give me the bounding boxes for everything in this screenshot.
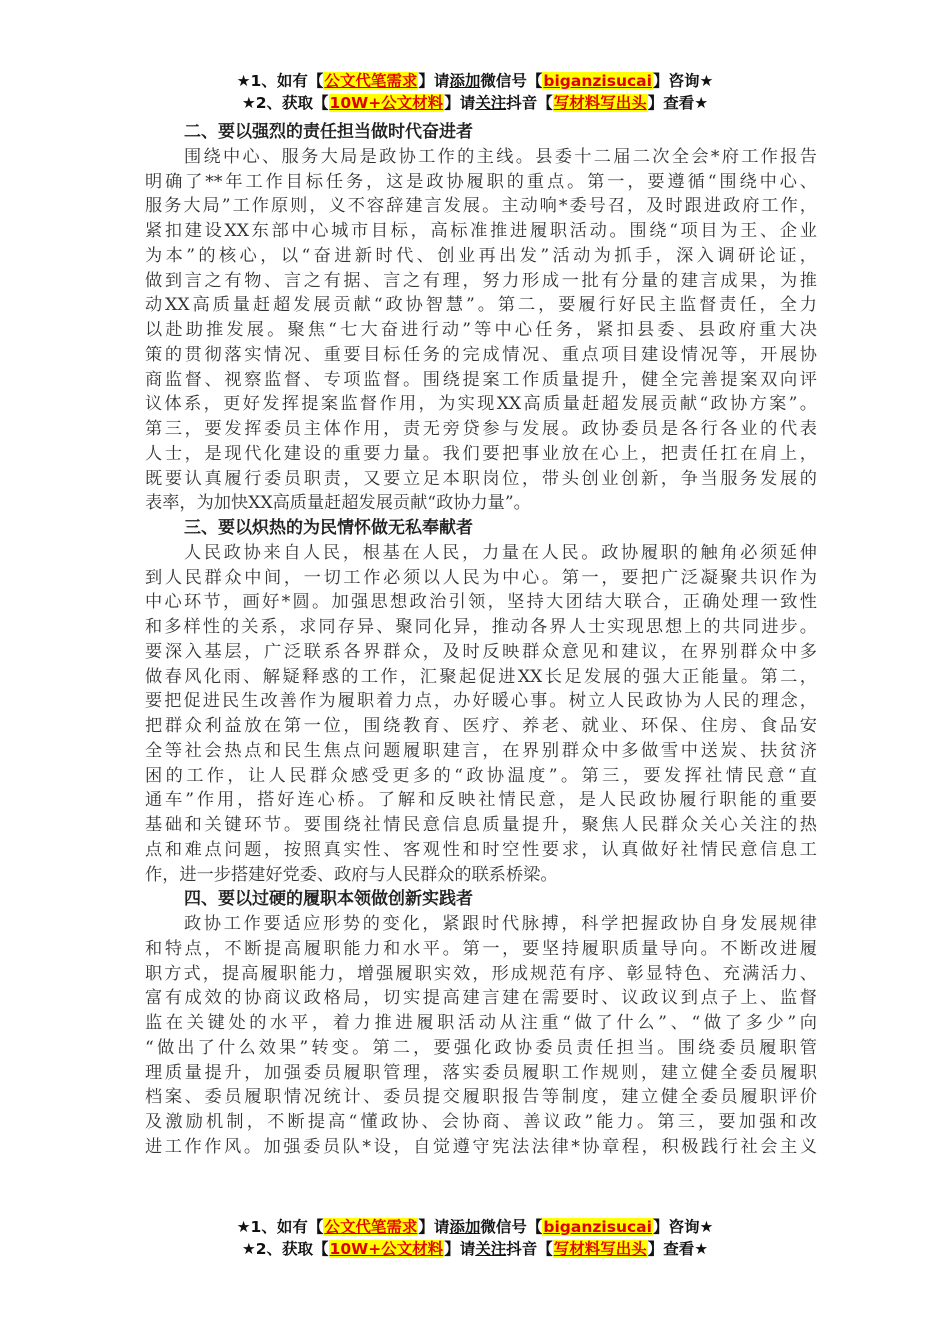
promo-text: 微信号【 <box>480 1218 542 1236</box>
paragraph-line: 做春风化雨、解疑释惑的工作，汇聚起促进XX长足发展的强大正能量。第二， <box>145 665 817 690</box>
promo-text: 】请 <box>444 1240 475 1258</box>
promo-text: 抖音【 <box>506 1240 553 1258</box>
paragraph-line: 明确了**年工作目标任务，这是政协履职的重点。第一，要遵循“围绕中心、 <box>145 170 817 195</box>
paragraph-line: 和特点，不断提高履职能力和水平。第一，要坚持履职质量导向。不断改进履 <box>145 937 817 962</box>
paragraph-line: 理质量提升，加强委员履职管理，落实委员履职工作规则，建立健全委员履职 <box>145 1061 817 1086</box>
promo-banner-top: ★1、如有【公文代笔需求】请添加微信号【biganzisucai】咨询★ ★2、… <box>0 70 950 114</box>
paragraph-line: 把群众利益放在第一位，围绕教育、医疗、养老、就业、环保、住房、食品安 <box>145 714 817 739</box>
paragraph-line: 既要认真履行委员职责，又要立足本职岗位，带头创业创新，争当服务发展的 <box>145 467 817 492</box>
section-heading: 四、要以过硬的履职本领做创新实践者 <box>145 887 817 912</box>
promo-text: ★2、获取【 <box>242 1240 329 1258</box>
paragraph-line: 人民政协来自人民，根基在人民，力量在人民。政协履职的触角必须延伸 <box>145 541 817 566</box>
section-heading: 二、要以强烈的责任担当做时代奋进者 <box>145 120 817 145</box>
promo-text: 】请 <box>444 94 475 112</box>
underlined-text: 关注 <box>475 94 506 112</box>
highlight-materials: 10W+公文材料 <box>329 94 445 112</box>
promo-text: 】查看★ <box>648 94 708 112</box>
paragraph-line: 和多样性的关系，求同存异、聚同化异，推动各界人士实现思想上的共同进步。 <box>145 615 817 640</box>
underlined-text: 添加 <box>449 72 480 90</box>
promo-text: ★2、获取【 <box>242 94 329 112</box>
paragraph-line: 监在关键处的水平，着力推进履职活动从注重“做了什么”、“做了多少”向 <box>145 1011 817 1036</box>
paragraph-line: 第三，要发挥委员主体作用，责无旁贷参与发展。政协委员是各行各业的代表 <box>145 417 817 442</box>
paragraph-line: 点和难点问题，按照真实性、客观性和时空性要求，认真做好社情民意信息工 <box>145 838 817 863</box>
paragraph-line: 为本”的核心，以“奋进新时代、创业再出发”活动为抓手，深入调研论证， <box>145 244 817 269</box>
highlight-service: 公文代笔需求 <box>323 72 418 90</box>
paragraph-line: 围绕中心、服务大局是政协工作的主线。县委十二届二次全会*府工作报告 <box>145 145 817 170</box>
paragraph-line: 政协工作要适应形势的变化，紧跟时代脉搏，科学把握政协自身发展规律 <box>145 912 817 937</box>
promo-text: ★1、如有【 <box>237 72 324 90</box>
paragraph-line: 及激励机制，不断提高“懂政协、会协商、善议政”能力。第三，要加强和改 <box>145 1110 817 1135</box>
promo-banner-bottom: ★1、如有【公文代笔需求】请添加微信号【biganzisucai】咨询★ ★2、… <box>0 1216 950 1260</box>
promo-line-1: ★1、如有【公文代笔需求】请添加微信号【biganzisucai】咨询★ <box>0 70 950 92</box>
promo-line-2: ★2、获取【10W+公文材料】请关注抖音【写材料写出头】查看★ <box>0 1238 950 1260</box>
underlined-text: 关注 <box>475 1240 506 1258</box>
promo-text: ★1、如有【 <box>237 1218 324 1236</box>
highlight-materials: 10W+公文材料 <box>329 1240 445 1258</box>
paragraph-line: 做到言之有物、言之有据、言之有理，努力形成一批有分量的建言成果，为推 <box>145 269 817 294</box>
paragraph-line: 人士，是现代化建设的重要力量。我们要把事业放在心上，把责任扛在肩上， <box>145 442 817 467</box>
paragraph-line: 策的贯彻落实情况、重要目标任务的完成情况、重点项目建设情况等，开展协 <box>145 343 817 368</box>
paragraph-line: 全等社会热点和民生焦点问题履职建言，在界别群众中多做雪中送炭、扶贫济 <box>145 739 817 764</box>
paragraph-line: 到人民群众中间，一切工作必须以人民为中心。第一，要把广泛凝聚共识作为 <box>145 566 817 591</box>
douyin-account: 写材料写出头 <box>553 94 648 112</box>
paragraph-line: 服务大局”工作原则，义不容辞建言发展。主动响*委号召，及时跟进政府工作， <box>145 194 817 219</box>
paragraph-line: 职方式，提高履职能力，增强履职实效，形成规范有序、彰显特色、充满活力、 <box>145 962 817 987</box>
promo-text: 微信号【 <box>480 72 542 90</box>
underlined-text: 添加 <box>449 1218 480 1236</box>
paragraph-line: 表率，为加快XX高质量赶超发展贡献“政协力量”。 <box>145 491 817 516</box>
document-body: 二、要以强烈的责任担当做时代奋进者 围绕中心、服务大局是政协工作的主线。县委十二… <box>145 120 817 1160</box>
promo-text: 】咨询★ <box>653 72 713 90</box>
highlight-service: 公文代笔需求 <box>323 1218 418 1236</box>
paragraph-line: 困的工作，让人民群众感受更多的“政协温度”。第三，要发挥社情民意“直 <box>145 764 817 789</box>
promo-text: 】查看★ <box>648 1240 708 1258</box>
paragraph-line: 通车”作用，搭好连心桥。了解和反映社情民意，是人民政协履行职能的重要 <box>145 788 817 813</box>
paragraph-line: 议体系，更好发挥提案监督作用，为实现XX高质量赶超发展贡献“政协方案”。 <box>145 392 817 417</box>
paragraph-line: 基础和关键环节。要围绕社情民意信息质量提升，聚焦人民群众关心关注的热 <box>145 813 817 838</box>
wechat-id: biganzisucai <box>542 72 653 90</box>
paragraph-line: 要把促进民生改善作为履职着力点，办好暖心事。树立人民政协为人民的理念， <box>145 689 817 714</box>
section-heading: 三、要以炽热的为民情怀做无私奉献者 <box>145 516 817 541</box>
paragraph-line: 进工作作风。加强委员队*设，自觉遵守宪法法律*协章程，积极践行社会主义 <box>145 1135 817 1160</box>
paragraph-line: “做出了什么效果”转变。第二，要强化政协委员责任担当。围绕委员履职管 <box>145 1036 817 1061</box>
promo-text: 】咨询★ <box>653 1218 713 1236</box>
paragraph-line: 作，进一步搭建好党委、政府与人民群众的联系桥梁。 <box>145 863 817 888</box>
paragraph-line: 要深入基层，广泛联系各界群众，及时反映群众意见和建议，在界别群众中多 <box>145 640 817 665</box>
paragraph-line: 中心环节，画好*圆。加强思想政治引领，坚持大团结大联合，正确处理一致性 <box>145 590 817 615</box>
paragraph-line: 富有成效的协商议政格局，切实提高建言建在需要时、议政议到点子上、监督 <box>145 986 817 1011</box>
promo-line-1: ★1、如有【公文代笔需求】请添加微信号【biganzisucai】咨询★ <box>0 1216 950 1238</box>
promo-line-2: ★2、获取【10W+公文材料】请关注抖音【写材料写出头】查看★ <box>0 92 950 114</box>
promo-text: 抖音【 <box>506 94 553 112</box>
promo-text: 】请 <box>418 72 449 90</box>
promo-text: 】请 <box>418 1218 449 1236</box>
paragraph-line: 档案、委员履职情况统计、委员提交履职报告等制度，建立健全委员履职评价 <box>145 1085 817 1110</box>
paragraph-line: 动XX高质量赶超发展贡献“政协智慧”。第二，要履行好民主监督责任，全力 <box>145 293 817 318</box>
douyin-account: 写材料写出头 <box>553 1240 648 1258</box>
paragraph-line: 以赴助推发展。聚焦“七大奋进行动”等中心任务，紧扣县委、县政府重大决 <box>145 318 817 343</box>
wechat-id: biganzisucai <box>542 1218 653 1236</box>
paragraph-line: 商监督、视察监督、专项监督。围绕提案工作质量提升，健全完善提案双向评 <box>145 368 817 393</box>
document-page: ★1、如有【公文代笔需求】请添加微信号【biganzisucai】咨询★ ★2、… <box>0 0 950 1344</box>
paragraph-line: 紧扣建设XX东部中心城市目标，高标准推进履职活动。围绕“项目为王、企业 <box>145 219 817 244</box>
